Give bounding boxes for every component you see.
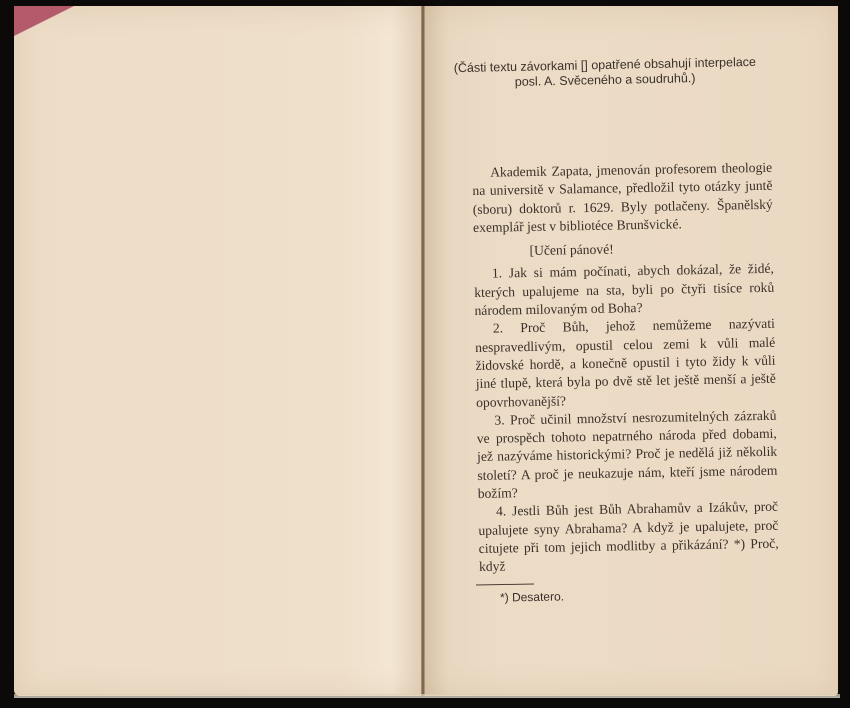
intro-paragraph: Akademik Zapata, jmenován profesorem the… bbox=[472, 159, 773, 237]
page-body: Akademik Zapata, jmenován profesorem the… bbox=[472, 159, 779, 577]
question-1: 1. Jak si mám počínati, abych dokázal, ž… bbox=[474, 260, 775, 320]
question-3: 3. Proč učinil množství nesrozumitelných… bbox=[476, 407, 778, 504]
question-2: 2. Proč Bůh, jehož nemůžeme nazývati nes… bbox=[475, 315, 777, 412]
question-4: 4. Jestli Bůh jest Bůh Abrahamův a Izáků… bbox=[478, 498, 779, 576]
page-bottom-edge bbox=[14, 694, 840, 698]
booklet-scan: (Části textu závorkami [] opatřené obsah… bbox=[0, 0, 850, 708]
footnote: *) Desatero. bbox=[500, 589, 564, 604]
book-gutter bbox=[421, 6, 425, 696]
salutation: [Učení pánové! bbox=[473, 238, 773, 262]
editorial-note: (Části textu závorkami [] opatřené obsah… bbox=[452, 55, 759, 91]
left-page-blank bbox=[14, 6, 424, 696]
